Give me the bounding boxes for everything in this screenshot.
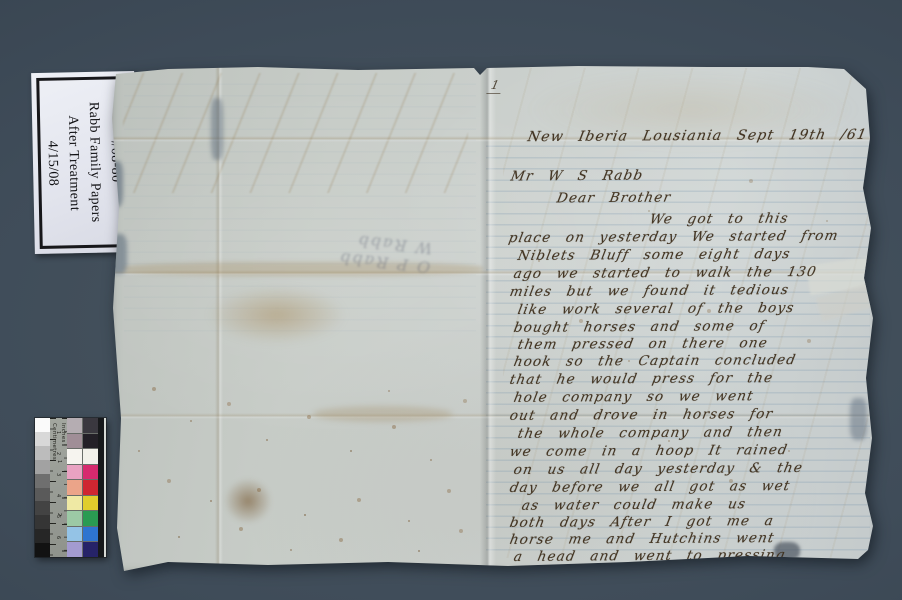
color-patch — [67, 542, 82, 557]
ruler-cm-number: 2 — [55, 452, 61, 455]
paper-edge-shading — [108, 58, 878, 575]
color-patch — [67, 449, 82, 464]
color-patch — [83, 511, 98, 526]
color-patch — [67, 480, 82, 495]
ruler-inch-number: 2 — [56, 513, 62, 516]
gray-patch — [35, 488, 50, 502]
foxing-spots — [108, 58, 110, 60]
color-patch — [67, 527, 82, 542]
color-patch — [83, 418, 98, 433]
color-patch — [83, 542, 98, 557]
photo-backdrop: #08-80Rabb Family PapersAfter Treatment4… — [0, 0, 902, 600]
gray-patch — [35, 474, 50, 488]
color-patch — [67, 418, 82, 433]
color-patch — [83, 480, 98, 495]
color-patch — [83, 449, 98, 464]
ruler-cm-number: 3 — [55, 473, 61, 476]
target-card-edge — [98, 418, 106, 557]
gray-patch — [35, 529, 50, 543]
grayscale-column — [35, 418, 50, 557]
color-patch — [67, 465, 82, 480]
color-patch — [67, 434, 82, 449]
gray-patch — [35, 543, 50, 557]
label-line: Rabb Family Papers — [82, 82, 106, 243]
color-patch — [83, 434, 98, 449]
letter-wrap: O P RabbW Rabb 1 New Iberia Lousiania Se… — [108, 58, 878, 575]
gray-patch — [35, 432, 50, 446]
color-patch — [83, 527, 98, 542]
label-line: 4/15/08 — [40, 82, 64, 243]
color-patch — [83, 465, 98, 480]
color-patch — [67, 496, 82, 511]
ruler-cm-number: 1 — [55, 431, 61, 434]
ruler: Centimetres Inches 12345612 — [50, 418, 67, 557]
letter-document: O P RabbW Rabb 1 New Iberia Lousiania Se… — [108, 58, 878, 575]
gray-patch — [35, 501, 50, 515]
ruler-inch-number: 1 — [56, 460, 62, 463]
color-patch — [83, 496, 98, 511]
gray-patch — [35, 418, 50, 432]
gray-patch — [35, 446, 50, 460]
calibration-target: Centimetres Inches 12345612 — [35, 418, 106, 557]
color-patch — [67, 511, 82, 526]
ruler-cm-number: 6 — [55, 536, 61, 539]
gray-patch — [35, 515, 50, 529]
ruler-cm-number: 4 — [55, 494, 61, 497]
gray-patch — [35, 460, 50, 474]
color-grid — [67, 418, 98, 557]
